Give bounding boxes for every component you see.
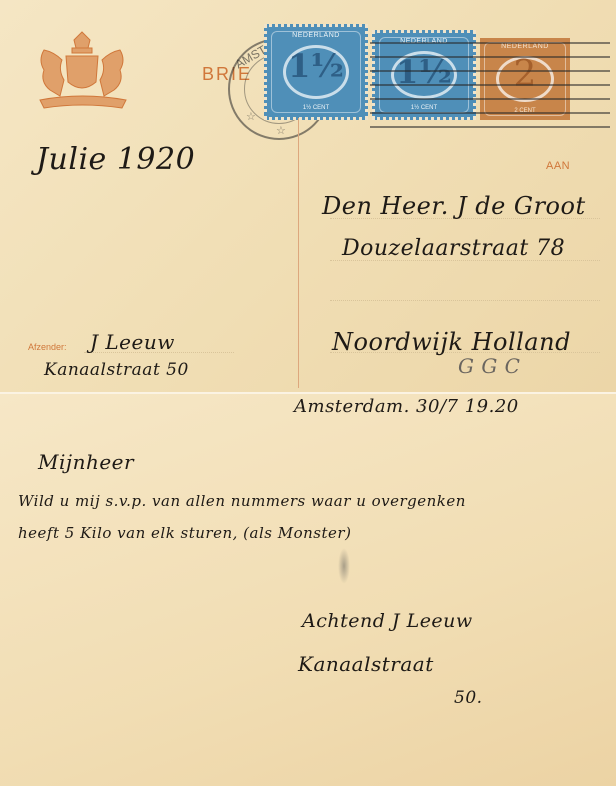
closing-address: Kanaalstraat (298, 652, 434, 676)
handwritten-date: Julie 1920 (36, 142, 195, 177)
stamp-1-half-cent-a: NEDERLAND 1½ 1½ CENT (264, 24, 368, 120)
place-date: Amsterdam. 30/7 19.20 (294, 396, 519, 417)
address-divider-line (298, 118, 299, 388)
machine-cancel-lines (370, 40, 610, 132)
closing-signature: Achtend J Leeuw (302, 610, 473, 632)
afzender-label: Afzender: (28, 342, 67, 352)
postmark-star-icon: ☆ (276, 124, 286, 137)
sender-address: Kanaalstraat 50 (44, 360, 189, 380)
postmark-star-icon: ☆ (246, 110, 256, 123)
message-line-2: heeft 5 Kilo van elk sturen, (als Monste… (18, 524, 351, 542)
recipient-street: Douzelaarstraat 78 (342, 236, 565, 261)
closing-number: 50. (454, 688, 483, 708)
address-line-3 (330, 300, 600, 301)
salutation: Mijnheer (38, 450, 134, 474)
coat-of-arms-icon (30, 30, 134, 114)
message-line-1: Wild u mij s.v.p. van allen nummers waar… (18, 492, 466, 510)
sender-name: J Leeuw (90, 330, 175, 354)
postcard-front: BRIE AMST ☆ ☆ NEDERLAND 1½ 1½ CENT NEDER… (0, 0, 616, 392)
aan-label: AAN (546, 160, 570, 172)
postcard-back: Amsterdam. 30/7 19.20 Mijnheer Wild u mi… (0, 394, 616, 786)
ink-smudge (338, 548, 350, 584)
recipient-city: Noordwijk Holland (332, 328, 571, 356)
recipient-annotation: G G C (458, 354, 520, 378)
recipient-name: Den Heer. J de Groot (322, 192, 586, 220)
